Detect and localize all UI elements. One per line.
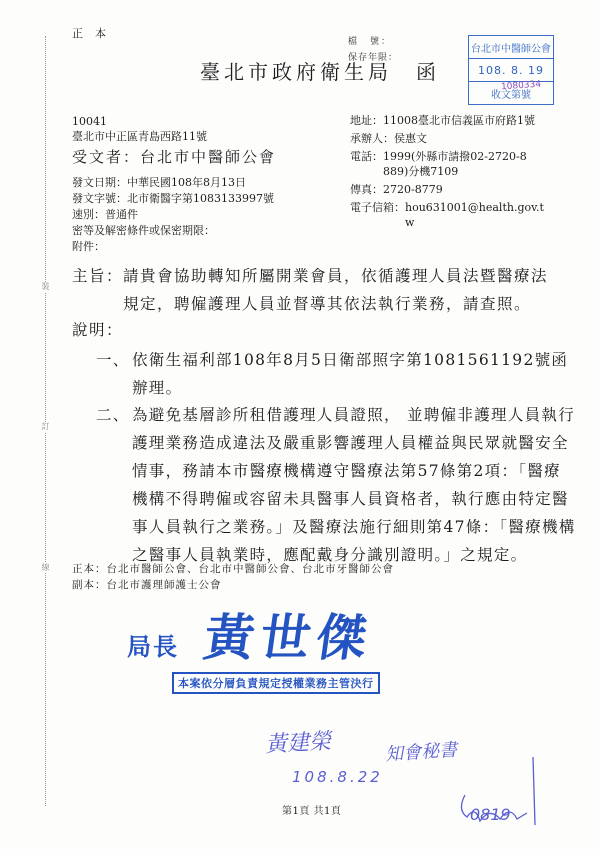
subject-line-1: 請貴會協助轉知所屬開業會員，依循護理人員法暨醫療法 [123,267,548,285]
phone-row: 電話： 1999(外縣市請撥02-2720-8889)分機7109 [350,149,565,179]
handler-label: 承辦人： [350,131,394,146]
subject-section: 主旨：請貴會協助轉知所屬開業會員，依循護理人員法暨醫療法 規定，聘僱護理人員並督… [72,262,572,318]
explanation-item-2: 二、 為避免基層診所租借護理人員證照， 並聘僱非護理人員執行護理業務造成違法及嚴… [96,401,576,569]
subject-label: 主旨： [72,267,123,285]
handler-name: 侯惠文 [394,131,427,146]
security-classification: 密等及解密條件或保密期限： [72,223,215,238]
explanation-label: 說明： [72,318,123,340]
fax-row: 傳真： 2720-8779 [350,182,565,197]
recipient-address: 臺北市中正區青島西路11號 [72,129,207,144]
binding-mark-zhuang: 裝 [39,282,52,292]
issue-date: 發文日期：中華民國108年8月13日 [72,175,246,190]
stamp-org: 台北市中醫師公會 [469,36,553,59]
fax-number: 2720-8779 [383,182,443,197]
fax-label: 傳真： [350,182,383,197]
attachment-label: 附件： [72,239,105,254]
copy-recipients: 副本：台北市護理師護士公會 [72,577,222,592]
handwritten-reviewer: 黃建榮 [264,724,332,758]
item-text: 依衛生福利部108年8月5日衛部照字第1081561192號函辦理。 [96,346,576,402]
sender-address: 11008臺北市信義區市府路1號 [383,113,543,128]
item-text: 為避免基層診所租借護理人員證照， 並聘僱非護理人員執行護理業務造成違法及嚴重影響… [96,401,576,569]
file-number-label: 檔 號： [348,34,392,47]
received-stamp: 台北市中醫師公會 108. 8. 19 收文第 號 1080334 [468,35,554,105]
document-title: 臺北市政府衛生局 函 [200,56,440,85]
phone-label: 電話： [350,149,383,179]
handwritten-signature-strokes [455,755,565,835]
explanation-item-1: 一、 依衛生福利部108年8月5日衛部照字第1081561192號函辦理。 [96,346,576,402]
sender-address-label: 地址： [350,113,383,128]
addressee: 受文者：台北市中醫師公會 [72,146,276,167]
email-row: 電子信箱： hou631001@health.gov.tw [350,200,565,230]
sender-info: 地址： 11008臺北市信義區市府路1號 承辦人： 侯惠文 電話： 1999(外… [350,113,565,230]
delivery-speed: 速別：普通件 [72,207,138,222]
handwritten-note: 知會秘書 [384,736,458,767]
item-number: 二、 [96,401,130,429]
original-recipients: 正本：台北市醫師公會、台北市中醫師公會、台北市牙醫師公會 [72,561,394,576]
page-number: 第1頁 共1頁 [282,802,341,817]
item-number: 一、 [96,346,130,374]
document-number: 發文字號：北市衛醫字第1083133997號 [72,191,274,206]
binding-line [45,36,46,806]
handwritten-date: 108.8.22 [292,768,383,786]
authorization-stamp: 本案依分層負責規定授權業務主管決行 [172,672,380,694]
director-signature: 黃世傑 [200,598,378,670]
phone-number: 1999(外縣市請撥02-2720-8889)分機7109 [383,149,533,179]
email-address[interactable]: hou631001@health.gov.tw [405,200,545,230]
binding-mark-ding: 訂 [39,422,52,432]
email-label: 電子信箱： [350,200,405,230]
copy-type-label: 正本 [72,25,118,41]
handler-row: 承辦人： 侯惠文 [350,131,565,146]
subject-line-2: 規定，聘僱護理人員並督導其依法執行業務，請查照。 [72,290,572,318]
director-title: 局長 [127,627,179,662]
stamp-date: 108. 8. 19 [469,59,553,82]
binding-mark-xian: 線 [39,563,52,573]
recipient-postcode: 10041 [72,114,107,129]
sender-address-row: 地址： 11008臺北市信義區市府路1號 [350,113,565,128]
